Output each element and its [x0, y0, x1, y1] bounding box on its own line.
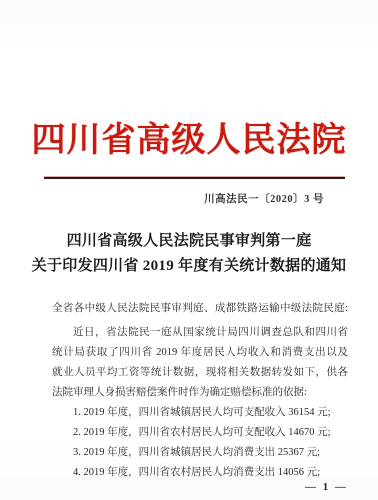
statistics-list: 1. 2019 年度，四川省城镇居民人均可支配收入 36154 元; 2. 20… [52, 403, 348, 483]
paragraph-line: 近日，省法院民一庭从国家统计局四川调查总队和四川省 [52, 323, 348, 343]
paragraph-line: 统计局获取了四川省 2019 年度居民人均收入和消费支出以及 [52, 343, 348, 363]
letterhead-title: 四川省高级人民法院 [0, 116, 378, 166]
page-number: — 1 — [305, 481, 348, 493]
body-paragraph: 近日，省法院民一庭从国家统计局四川调查总队和四川省 统计局获取了四川省 2019… [52, 323, 348, 403]
subject-line-1: 四川省高级人民法院民事审判第一庭 [0, 229, 378, 254]
document-number: 川高法民一〔2020〕3 号 [204, 191, 324, 206]
document-subject: 四川省高级人民法院民事审判第一庭 关于印发四川省 2019 年度有关统计数据的通… [0, 229, 378, 279]
subject-line-2: 关于印发四川省 2019 年度有关统计数据的通知 [0, 254, 378, 279]
list-item: 2. 2019 年度，四川省农村居民人均可支配收入 14670 元; [52, 423, 348, 443]
salutation: 全省各中级人民法院民事审判庭、成都铁路运输中级法院民庭: [52, 299, 348, 319]
list-item: 1. 2019 年度，四川省城镇居民人均可支配收入 36154 元; [52, 403, 348, 423]
paragraph-line: 法院审理人身损害赔偿案件时作为确定赔偿标准的依据: [52, 383, 348, 403]
list-item: 4. 2019 年度，四川省农村居民人均消费支出 14056 元; [52, 463, 348, 483]
paragraph-line: 就业人员平均工资等统计数据，现将相关数据转发如下，供各 [52, 363, 348, 383]
document-body: 全省各中级人民法院民事审判庭、成都铁路运输中级法院民庭: 近日，省法院民一庭从国… [52, 299, 348, 483]
list-item: 3. 2019 年度，四川省城镇居民人均消费支出 25367 元; [52, 443, 348, 463]
letterhead-divider [44, 177, 345, 179]
document-page: 四川省高级人民法院 川高法民一〔2020〕3 号 四川省高级人民法院民事审判第一… [0, 0, 378, 500]
